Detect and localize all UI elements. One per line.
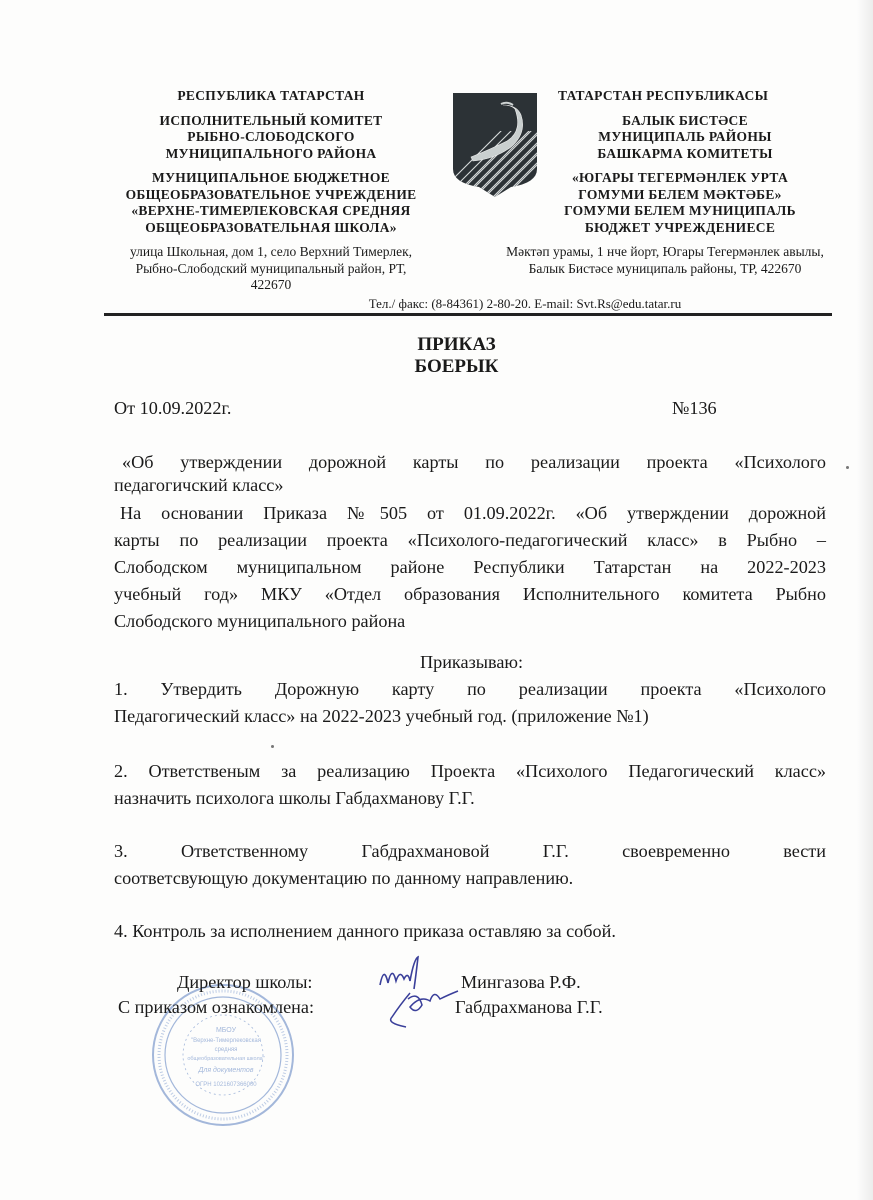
institution-name-tt: «ЮГАРЫ ТЕГЕРМӘНЛЕК УРТА ГОМУМИ БЕЛЕМ МӘК… (490, 170, 840, 236)
letterhead-left: РЕСПУБЛИКА ТАТАРСТАН ИСПОЛНИТЕЛЬНЫЙ КОМИ… (108, 88, 434, 294)
order-word: Приказываю: (0, 650, 873, 675)
basis-line: карты по реализации проекта «Психолого-п… (114, 527, 826, 554)
institution-name-ru: МУНИЦИПАЛЬНОЕ БЮДЖЕТНОЕ ОБЩЕОБРАЗОВАТЕЛЬ… (108, 170, 434, 236)
document-date: От 10.09.2022г. (114, 396, 231, 421)
contact-line: Тел./ факс: (8-84361) 2-80-20. E-mail: S… (100, 296, 840, 312)
stamp-text-line: МБОУ (216, 1027, 237, 1034)
address-tt: Мәктәп урамы, 1 нче йорт, Югары Тегермән… (490, 244, 840, 277)
item-line: Педагогический класс» на 2022-2023 учебн… (114, 703, 826, 730)
stamp-text-line: средняя (215, 1047, 238, 1053)
republic-name-ru: РЕСПУБЛИКА ТАТАРСТАН (108, 88, 434, 105)
order-item-1: 1. Утвердить Дорожную карту по реализаци… (114, 676, 826, 730)
document-title: ПРИКАЗ БОЕРЫК (0, 334, 873, 378)
stamp-text-line: общеобразовательная школа" (187, 1056, 264, 1062)
basis-line: Слободского муниципального района (114, 608, 826, 635)
address-line: улица Школьная, дом 1, село Верхний Тиме… (108, 244, 434, 261)
item-line: 1. Утвердить Дорожную карту по реализаци… (114, 676, 826, 703)
committee-line: БАШКАРМА КОМИТЕТЫ (530, 146, 840, 163)
committee-line: БАЛЫК БИСТӘСЕ (530, 113, 840, 130)
item-line: 3. Ответственному Габдрахмановой Г.Г. св… (114, 838, 826, 865)
committee-line: РЫБНО-СЛОБОДСКОГО (108, 129, 434, 146)
title-tt: БОЕРЫК (40, 356, 873, 378)
institution-line: ГОМУМИ БЕЛЕМ МӘКТӘБЕ» (520, 187, 840, 204)
address-line: Рыбно-Слободский муниципальный район, РТ… (108, 261, 434, 278)
committee-line: ИСПОЛНИТЕЛЬНЫЙ КОМИТЕТ (108, 113, 434, 130)
institution-line: ОБЩЕОБРАЗОВАТЕЛЬНАЯ ШКОЛА» (108, 220, 434, 237)
committee-name-ru: ИСПОЛНИТЕЛЬНЫЙ КОМИТЕТ РЫБНО-СЛОБОДСКОГО… (108, 113, 434, 163)
institution-line: ГОМУМИ БЕЛЕМ МУНИЦИПАЛЬ (520, 203, 840, 220)
header-divider (104, 313, 832, 316)
subject-line: педагогичский класс» (114, 475, 826, 495)
document-number: №136 (672, 396, 717, 421)
director-label: Директор школы: (177, 970, 312, 995)
item-line: назначить психолога школы Габдахманову Г… (114, 785, 826, 812)
subject-line: «Об утверждении дорожной карты по реализ… (114, 450, 826, 475)
acknowledged-name: Габдрахманова Г.Г. (455, 995, 603, 1020)
institution-line: «ЮГАРЫ ТЕГЕРМӘНЛЕК УРТА (520, 170, 840, 187)
committee-line: МУНИЦИПАЛЬНОГО РАЙОНА (108, 146, 434, 163)
institution-line: «ВЕРХНЕ-ТИМЕРЛЕКОВСКАЯ СРЕДНЯЯ (108, 203, 434, 220)
republic-name-tt: ТАТАРСТАН РЕСПУБЛИКАСЫ (490, 88, 840, 105)
scan-speck (271, 745, 274, 748)
address-line: Балык Бистәсе муниципаль районы, ТР, 422… (490, 261, 840, 278)
address-line: 422670 (108, 277, 434, 294)
basis-line: Слободском муниципальном районе Республи… (114, 554, 826, 581)
letterhead-right: ТАТАРСТАН РЕСПУБЛИКАСЫ БАЛЫК БИСТӘСЕ МУН… (490, 88, 840, 277)
document-subject: «Об утверждении дорожной карты по реализ… (114, 450, 826, 495)
scan-speck (846, 466, 849, 469)
address-ru: улица Школьная, дом 1, село Верхний Тиме… (108, 244, 434, 294)
stamp-text-line: Для документов (198, 1066, 254, 1074)
basis-line: учебный год» МКУ «Отдел образования Испо… (114, 581, 826, 608)
document-basis: На основании Приказа №505 от 01.09.2022г… (114, 500, 826, 635)
stamp-text-line: "Верхне-Тимерлековская (191, 1038, 261, 1044)
basis-line: На основании Приказа №505 от 01.09.2022г… (114, 500, 826, 527)
title-ru: ПРИКАЗ (40, 334, 873, 356)
item-line: 4. Контроль за исполнением данного прика… (114, 918, 826, 945)
committee-line: МУНИЦИПАЛЬ РАЙОНЫ (530, 129, 840, 146)
institution-line: БЮДЖЕТ УЧРЕЖДЕНИЕСЕ (520, 220, 840, 237)
director-name: Мингазова Р.Ф. (461, 970, 581, 995)
stamp-ogrn: ОГРН 1021607366000 (195, 1082, 257, 1088)
address-line: Мәктәп урамы, 1 нче йорт, Югары Тегермән… (490, 244, 840, 261)
order-item-3: 3. Ответственному Габдрахмановой Г.Г. св… (114, 838, 826, 892)
committee-name-tt: БАЛЫК БИСТӘСЕ МУНИЦИПАЛЬ РАЙОНЫ БАШКАРМА… (490, 113, 840, 163)
item-line: соответсвующую документацию по данному н… (114, 865, 826, 892)
institution-line: МУНИЦИПАЛЬНОЕ БЮДЖЕТНОЕ (108, 170, 434, 187)
item-line: 2. Ответственым за реализацию Проекта «П… (114, 758, 826, 785)
order-item-2: 2. Ответственым за реализацию Проекта «П… (114, 758, 826, 812)
acknowledged-label: С приказом ознакомлена: (118, 995, 314, 1020)
page-edge-shadow (857, 0, 873, 1200)
institution-line: ОБЩЕОБРАЗОВАТЕЛЬНОЕ УЧРЕЖДЕНИЕ (108, 187, 434, 204)
order-item-4: 4. Контроль за исполнением данного прика… (114, 918, 826, 945)
